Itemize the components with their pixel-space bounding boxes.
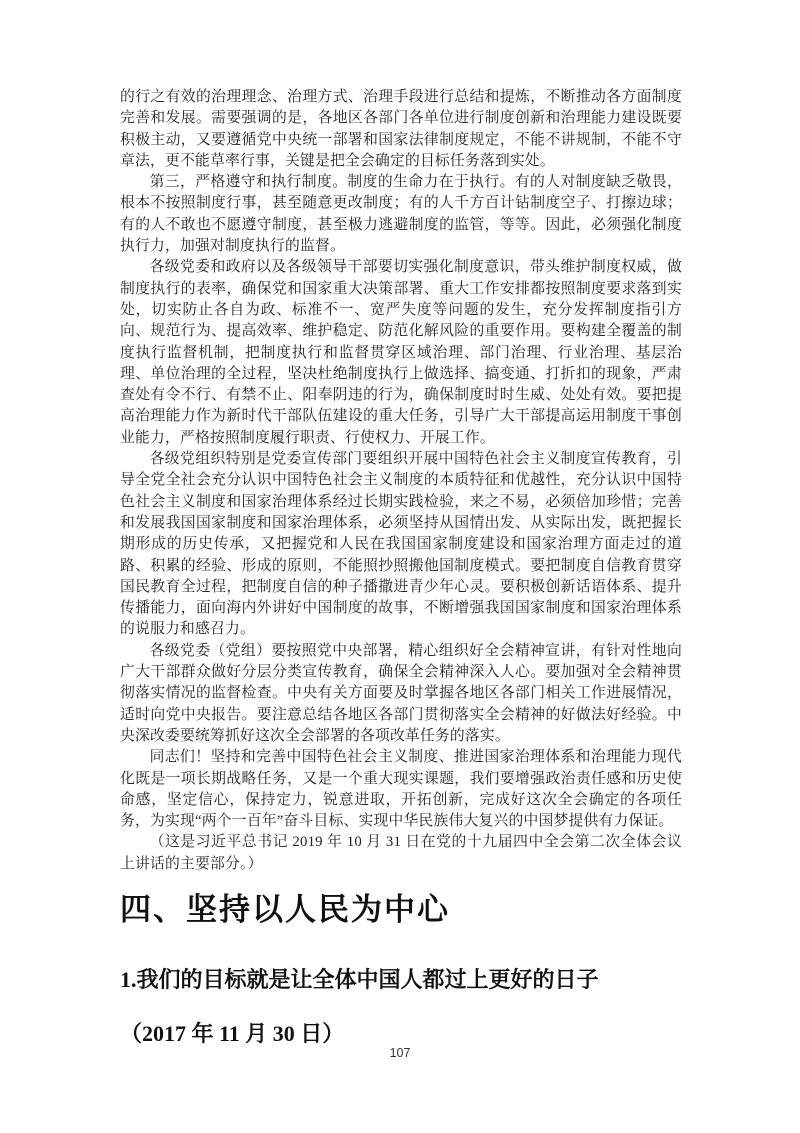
body-paragraph: 第三，严格遵守和执行制度。制度的生命力在于执行。有的人对制度缺乏敬畏，根本不按照… (120, 172, 682, 257)
body-paragraph: 各级党委和政府以及各级领导干部要切实强化制度意识，带头维护制度权威，做制度执行的… (120, 257, 682, 449)
subsection-heading: 1.我们的目标就是让全体中国人都过上更好的日子 （2017 年 11 月 30 … (120, 953, 682, 1061)
page-number: 107 (0, 1046, 800, 1060)
document-page: 的行之有效的治理理念、治理方式、治理手段进行总结和提炼，不断推动各方面制度完善和… (0, 0, 800, 1133)
body-paragraph: 各级党组织特别是党委宣传部门要组织开展中国特色社会主义制度宣传教育，引导全党全社… (120, 449, 682, 641)
source-note-paragraph: （这是习近平总书记 2019 年 10 月 31 日在党的十九届四中全会第二次全… (120, 832, 682, 875)
body-paragraph: 的行之有效的治理理念、治理方式、治理手段进行总结和提炼，不断推动各方面制度完善和… (120, 87, 682, 172)
document-body: 的行之有效的治理理念、治理方式、治理手段进行总结和提炼，不断推动各方面制度完善和… (120, 87, 682, 1061)
body-paragraph: 各级党委（党组）要按照党中央部署，精心组织好全会精神宣讲，有针对性地向广大干部群… (120, 641, 682, 747)
body-paragraph: 同志们！坚持和完善中国特色社会主义制度、推进国家治理体系和治理能力现代化既是一项… (120, 747, 682, 832)
subsection-title: 1.我们的目标就是让全体中国人都过上更好的日子 (120, 953, 682, 1007)
section-heading: 四、坚持以人民为中心 (120, 889, 682, 931)
